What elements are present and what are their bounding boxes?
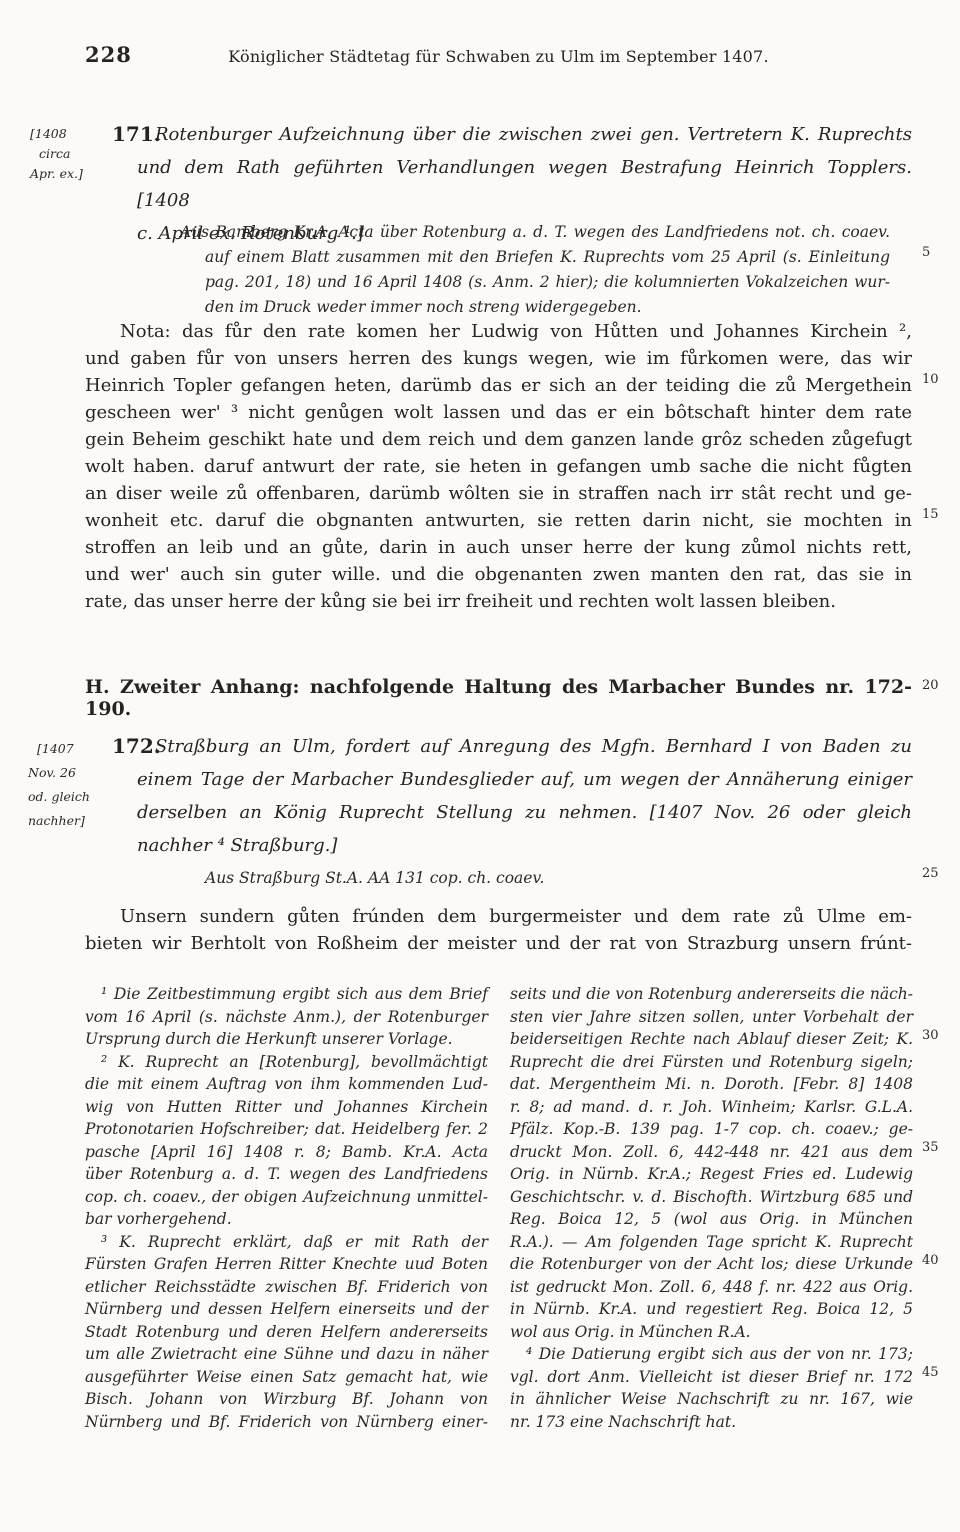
footnote-line: druckt Mon. Zoll. 6, 442-448 nr. 421 aus… (510, 1141, 913, 1164)
footnote-line: etlicher Reichsstädte zwischen Bf. Fride… (85, 1276, 488, 1299)
entry-172-body: Unsern sundern gůten frúnden dem burgerm… (85, 903, 912, 957)
body-line: bieten wir Berhtolt von Roßheim der meis… (85, 930, 912, 957)
footnote-line: nr. 173 eine Nachschrift hat. (510, 1411, 913, 1434)
entry-172-heading-line: derselben an König Ruprecht Stellung zu … (137, 796, 912, 829)
body-line: gescheen wer' ³ nicht genůgen wolt lasse… (85, 399, 912, 426)
footnote-line: ⁴ Die Datierung ergibt sich aus der von … (510, 1343, 913, 1366)
footnote-line: Geschichtschr. v. d. Bischofth. Wirtzbur… (510, 1186, 913, 1209)
entry-172-heading-line: nachher ⁴ Straßburg.] (137, 829, 912, 862)
margin-note-line: [1407 (28, 737, 116, 761)
line-number: 45 (922, 1365, 954, 1380)
footnote-line: Ursprung durch die Herkunft unserer Vorl… (85, 1028, 488, 1051)
footnote-line: Orig. in Nürnb. Kr.A.; Regest Fries ed. … (510, 1163, 913, 1186)
footnote-line: ist gedruckt Mon. Zoll. 6, 448 f. nr. 42… (510, 1276, 913, 1299)
footnotes-left-column: ¹ Die Zeitbestimmung ergibt sich aus dem… (85, 983, 488, 1433)
footnote-line: in ähnlicher Weise Nachschrift zu nr. 16… (510, 1388, 913, 1411)
source-line: pag. 201, 18) und 16 April 1408 (s. Anm.… (205, 270, 890, 295)
footnote-line: Protonotarien Hofschreiber; dat. Heidelb… (85, 1118, 488, 1141)
body-line: an diser weile zů offenbaren, darümb wôl… (85, 480, 912, 507)
entry-171-source-note: Aus Bamberg Kr.A. Acta über Rotenburg a.… (205, 220, 890, 320)
body-line: stroffen an leib und an gůte, darin in a… (85, 534, 912, 561)
body-line: und gaben fůr von unsers herren des kung… (85, 345, 912, 372)
body-line: Nota: das fůr den rate komen her Ludwig … (85, 318, 912, 345)
footnote-line: dat. Mergentheim Mi. n. Doroth. [Febr. 8… (510, 1073, 913, 1096)
entry-171-heading-line: 171.Rotenburger Aufzeichnung über die zw… (137, 118, 912, 151)
footnote-line: ausgeführter Weise einen Satz gemacht ha… (85, 1366, 488, 1389)
section-h-heading: H. Zweiter Anhang: nachfolgende Haltung … (85, 676, 912, 720)
line-number: 5 (922, 245, 954, 260)
line-number: 30 (922, 1028, 954, 1043)
line-number: 35 (922, 1140, 954, 1155)
footnote-line: Nürnberg und Bf. Friderich von Nürnberg … (85, 1411, 488, 1434)
footnote-line: die Rotenburger von der Acht los; diese … (510, 1253, 913, 1276)
footnotes-right-column: seits und die von Rotenburg andererseits… (510, 983, 913, 1433)
line-number: 40 (922, 1253, 954, 1268)
running-title: Königlicher Städtetag für Schwaben zu Ul… (85, 47, 912, 66)
footnote-line: um alle Zwietracht eine Sühne und dazu i… (85, 1343, 488, 1366)
entry-172-heading-line: einem Tage der Marbacher Bundesglieder a… (137, 763, 912, 796)
line-number: 15 (922, 507, 954, 522)
footnote-line: Reg. Boica 12, 5 (wol aus Orig. in Münch… (510, 1208, 913, 1231)
footnote-line: bar vorhergehend. (85, 1208, 488, 1231)
source-line: Aus Bamberg Kr.A. Acta über Rotenburg a.… (180, 220, 890, 245)
body-line: wonheit etc. daruf die obgnanten antwurt… (85, 507, 912, 534)
footnote-line: in Nürnb. Kr.A. und regestiert Reg. Boic… (510, 1298, 913, 1321)
footnote-line: Stadt Rotenburg und deren Helfern andere… (85, 1321, 488, 1344)
footnote-line: cop. ch. coaev., der obigen Aufzeichnung… (85, 1186, 488, 1209)
line-number: 10 (922, 372, 954, 387)
footnote-line: pasche [April 16] 1408 r. 8; Bamb. Kr.A.… (85, 1141, 488, 1164)
book-page: 228 Königlicher Städtetag für Schwaben z… (0, 0, 960, 1532)
footnote-line: sten vier Jahre sitzen sollen, unter Vor… (510, 1006, 913, 1029)
entry-172-number: 172. (112, 730, 161, 763)
entry-171-number: 171. (112, 118, 161, 151)
entry-172-margin-note: [1407 Nov. 26 od. gleich nachher] (28, 737, 116, 833)
footnote-line: Ruprecht die drei Fürsten und Rotenburg … (510, 1051, 913, 1074)
footnote-line: Nürnberg und dessen Helfern einerseits u… (85, 1298, 488, 1321)
entry-172-heading-text: Straßburg an Ulm, fordert auf Anregung d… (155, 736, 912, 757)
footnote-line: die mit einem Auftrag von ihm kommenden … (85, 1073, 488, 1096)
body-line: Heinrich Topler gefangen heten, darümb d… (85, 372, 912, 399)
footnote-line: über Rotenburg a. d. T. wegen des Landfr… (85, 1163, 488, 1186)
footnote-line: beiderseitigen Rechte nach Ablauf dieser… (510, 1028, 913, 1051)
footnote-line: r. 8; ad mand. d. r. Joh. Winheim; Karls… (510, 1096, 913, 1119)
footnote-line: ² K. Ruprecht an [Rotenburg], bevollmäch… (85, 1051, 488, 1074)
entry-171-heading-text: Rotenburger Aufzeichnung über die zwisch… (155, 124, 912, 145)
entry-172-heading-line: 172.Straßburg an Ulm, fordert auf Anregu… (137, 730, 912, 763)
entry-172-source-note: Aus Straßburg St.A. AA 131 cop. ch. coae… (205, 866, 890, 891)
footnote-line: wol aus Orig. in München R.A. (510, 1321, 913, 1344)
entry-171-margin-note: [1408 circa Apr. ex.] (30, 124, 112, 184)
entry-172-heading: 172.Straßburg an Ulm, fordert auf Anregu… (137, 730, 912, 862)
body-line: und wer' auch sin guter wille. und die o… (85, 561, 912, 588)
margin-note-line: Nov. 26 (28, 761, 116, 785)
body-line: gein Beheim geschikt hate und dem reich … (85, 426, 912, 453)
footnote-line: Fürsten Grafen Herren Ritter Knechte uud… (85, 1253, 488, 1276)
source-line: den im Druck weder immer noch streng wid… (205, 295, 890, 320)
entry-171-body: Nota: das fůr den rate komen her Ludwig … (85, 318, 912, 615)
body-line: Unsern sundern gůten frúnden dem burgerm… (85, 903, 912, 930)
source-line: Aus Straßburg St.A. AA 131 cop. ch. coae… (205, 866, 890, 891)
footnote-line: wig von Hutten Ritter und Johannes Kirch… (85, 1096, 488, 1119)
body-line: wolt haben. daruf antwurt der rate, sie … (85, 453, 912, 480)
margin-note-line: od. gleich (28, 785, 116, 809)
margin-note-line: Apr. ex.] (30, 164, 112, 184)
margin-note-line: nachher] (28, 809, 116, 833)
footnote-line: vom 16 April (s. nächste Anm.), der Rote… (85, 1006, 488, 1029)
footnote-line: Bisch. Johann von Wirzburg Bf. Johann vo… (85, 1388, 488, 1411)
body-line: rate, das unser herre der kůng sie bei i… (85, 588, 912, 615)
footnote-line: ¹ Die Zeitbestimmung ergibt sich aus dem… (85, 983, 488, 1006)
footnote-line: Pfälz. Kop.-B. 139 pag. 1-7 cop. ch. coa… (510, 1118, 913, 1141)
source-line: auf einem Blatt zusammen mit den Briefen… (205, 245, 890, 270)
line-number: 25 (922, 866, 954, 881)
margin-note-line: circa (30, 144, 112, 164)
footnote-line: seits und die von Rotenburg andererseits… (510, 983, 913, 1006)
entry-171-heading-line: und dem Rath geführten Verhandlungen weg… (137, 151, 912, 217)
line-number: 20 (922, 678, 954, 693)
footnote-line: vgl. dort Anm. Vielleicht ist dieser Bri… (510, 1366, 913, 1389)
footnote-line: R.A.). — Am folgenden Tage spricht K. Ru… (510, 1231, 913, 1254)
footnote-line: ³ K. Ruprecht erklärt, daß er mit Rath d… (85, 1231, 488, 1254)
margin-note-line: [1408 (30, 124, 112, 144)
